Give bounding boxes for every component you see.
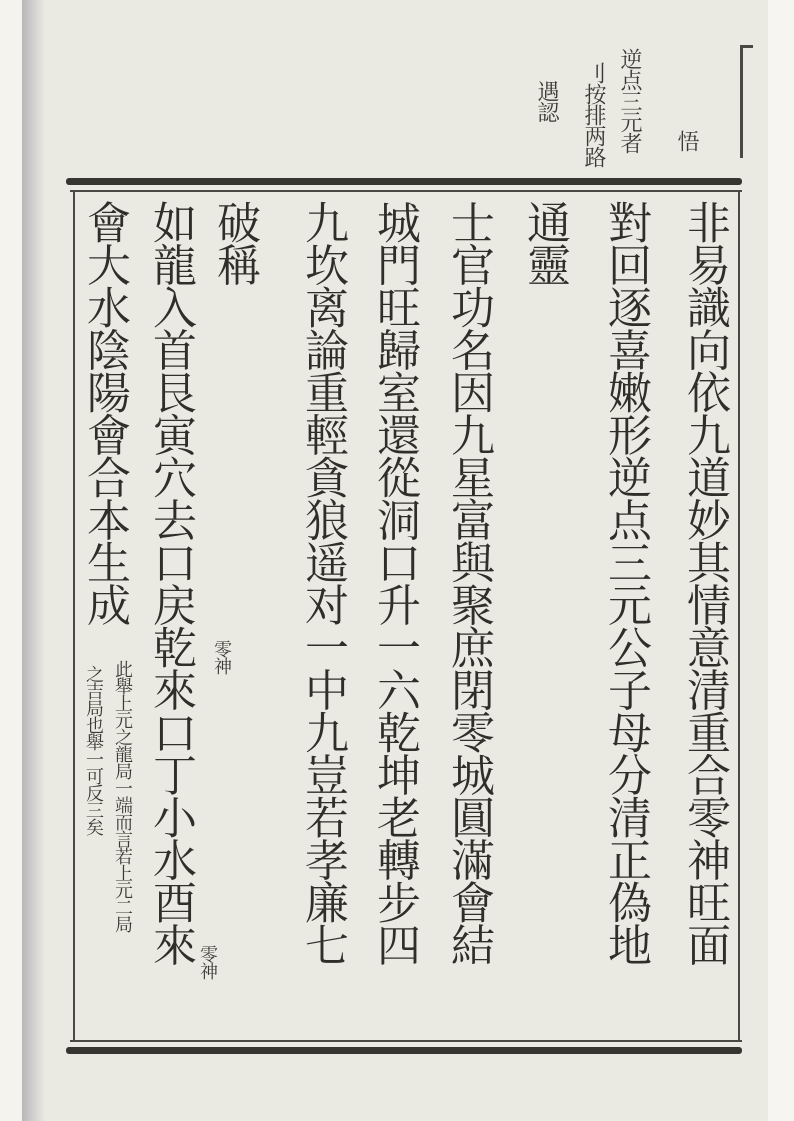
text-column-6: 九坎离論重輕貪狼遥对一中九豈若孝廉七 xyxy=(300,200,344,965)
text-column-9: 會大水陰陽會合本生成 xyxy=(82,200,126,625)
text-column-8: 如龍入首艮寅穴去口戻乾來口丁小水酉來 xyxy=(148,200,192,965)
bottom-thin-rule xyxy=(70,1040,742,1042)
bottom-thick-rule xyxy=(66,1047,742,1054)
text-column-2: 對回逐喜嫩形逆点三元公子母分清正偽地 xyxy=(603,200,647,965)
header-mark: 悟 xyxy=(675,130,697,151)
header-note-1: 逆点三元者 xyxy=(618,48,640,153)
text-column-5: 城門旺歸室還從洞口升一六乾坤老轉步四 xyxy=(372,200,416,965)
gloss-upper: 零神 xyxy=(212,640,230,674)
corner-bracket-mark xyxy=(740,45,753,158)
text-column-4: 士官功名因九星富與聚庶閉零城圓滿會結 xyxy=(446,200,490,965)
page-right-margin xyxy=(768,0,794,1121)
commentary-line-2: 之吉局也舉一可反三矣 xyxy=(84,665,102,835)
gloss-lower: 零神 xyxy=(198,945,216,979)
text-column-1: 非易識向依九道妙其情意清重合零神旺面 xyxy=(682,200,726,965)
header-note-2: 刂按排两路 xyxy=(582,62,604,167)
right-frame-line xyxy=(738,190,740,1042)
text-column-3: 通靈 xyxy=(522,200,566,285)
text-column-7: 破稱 xyxy=(212,200,256,285)
page-spine-shadow xyxy=(22,0,44,1121)
top-thin-rule xyxy=(70,190,742,192)
commentary-line-1: 此舉上元之龍局一端而言若上元二局 xyxy=(113,660,131,932)
header-note-3: 遇認 xyxy=(535,80,557,122)
top-thick-rule xyxy=(66,178,742,185)
left-frame-line xyxy=(73,190,75,1042)
